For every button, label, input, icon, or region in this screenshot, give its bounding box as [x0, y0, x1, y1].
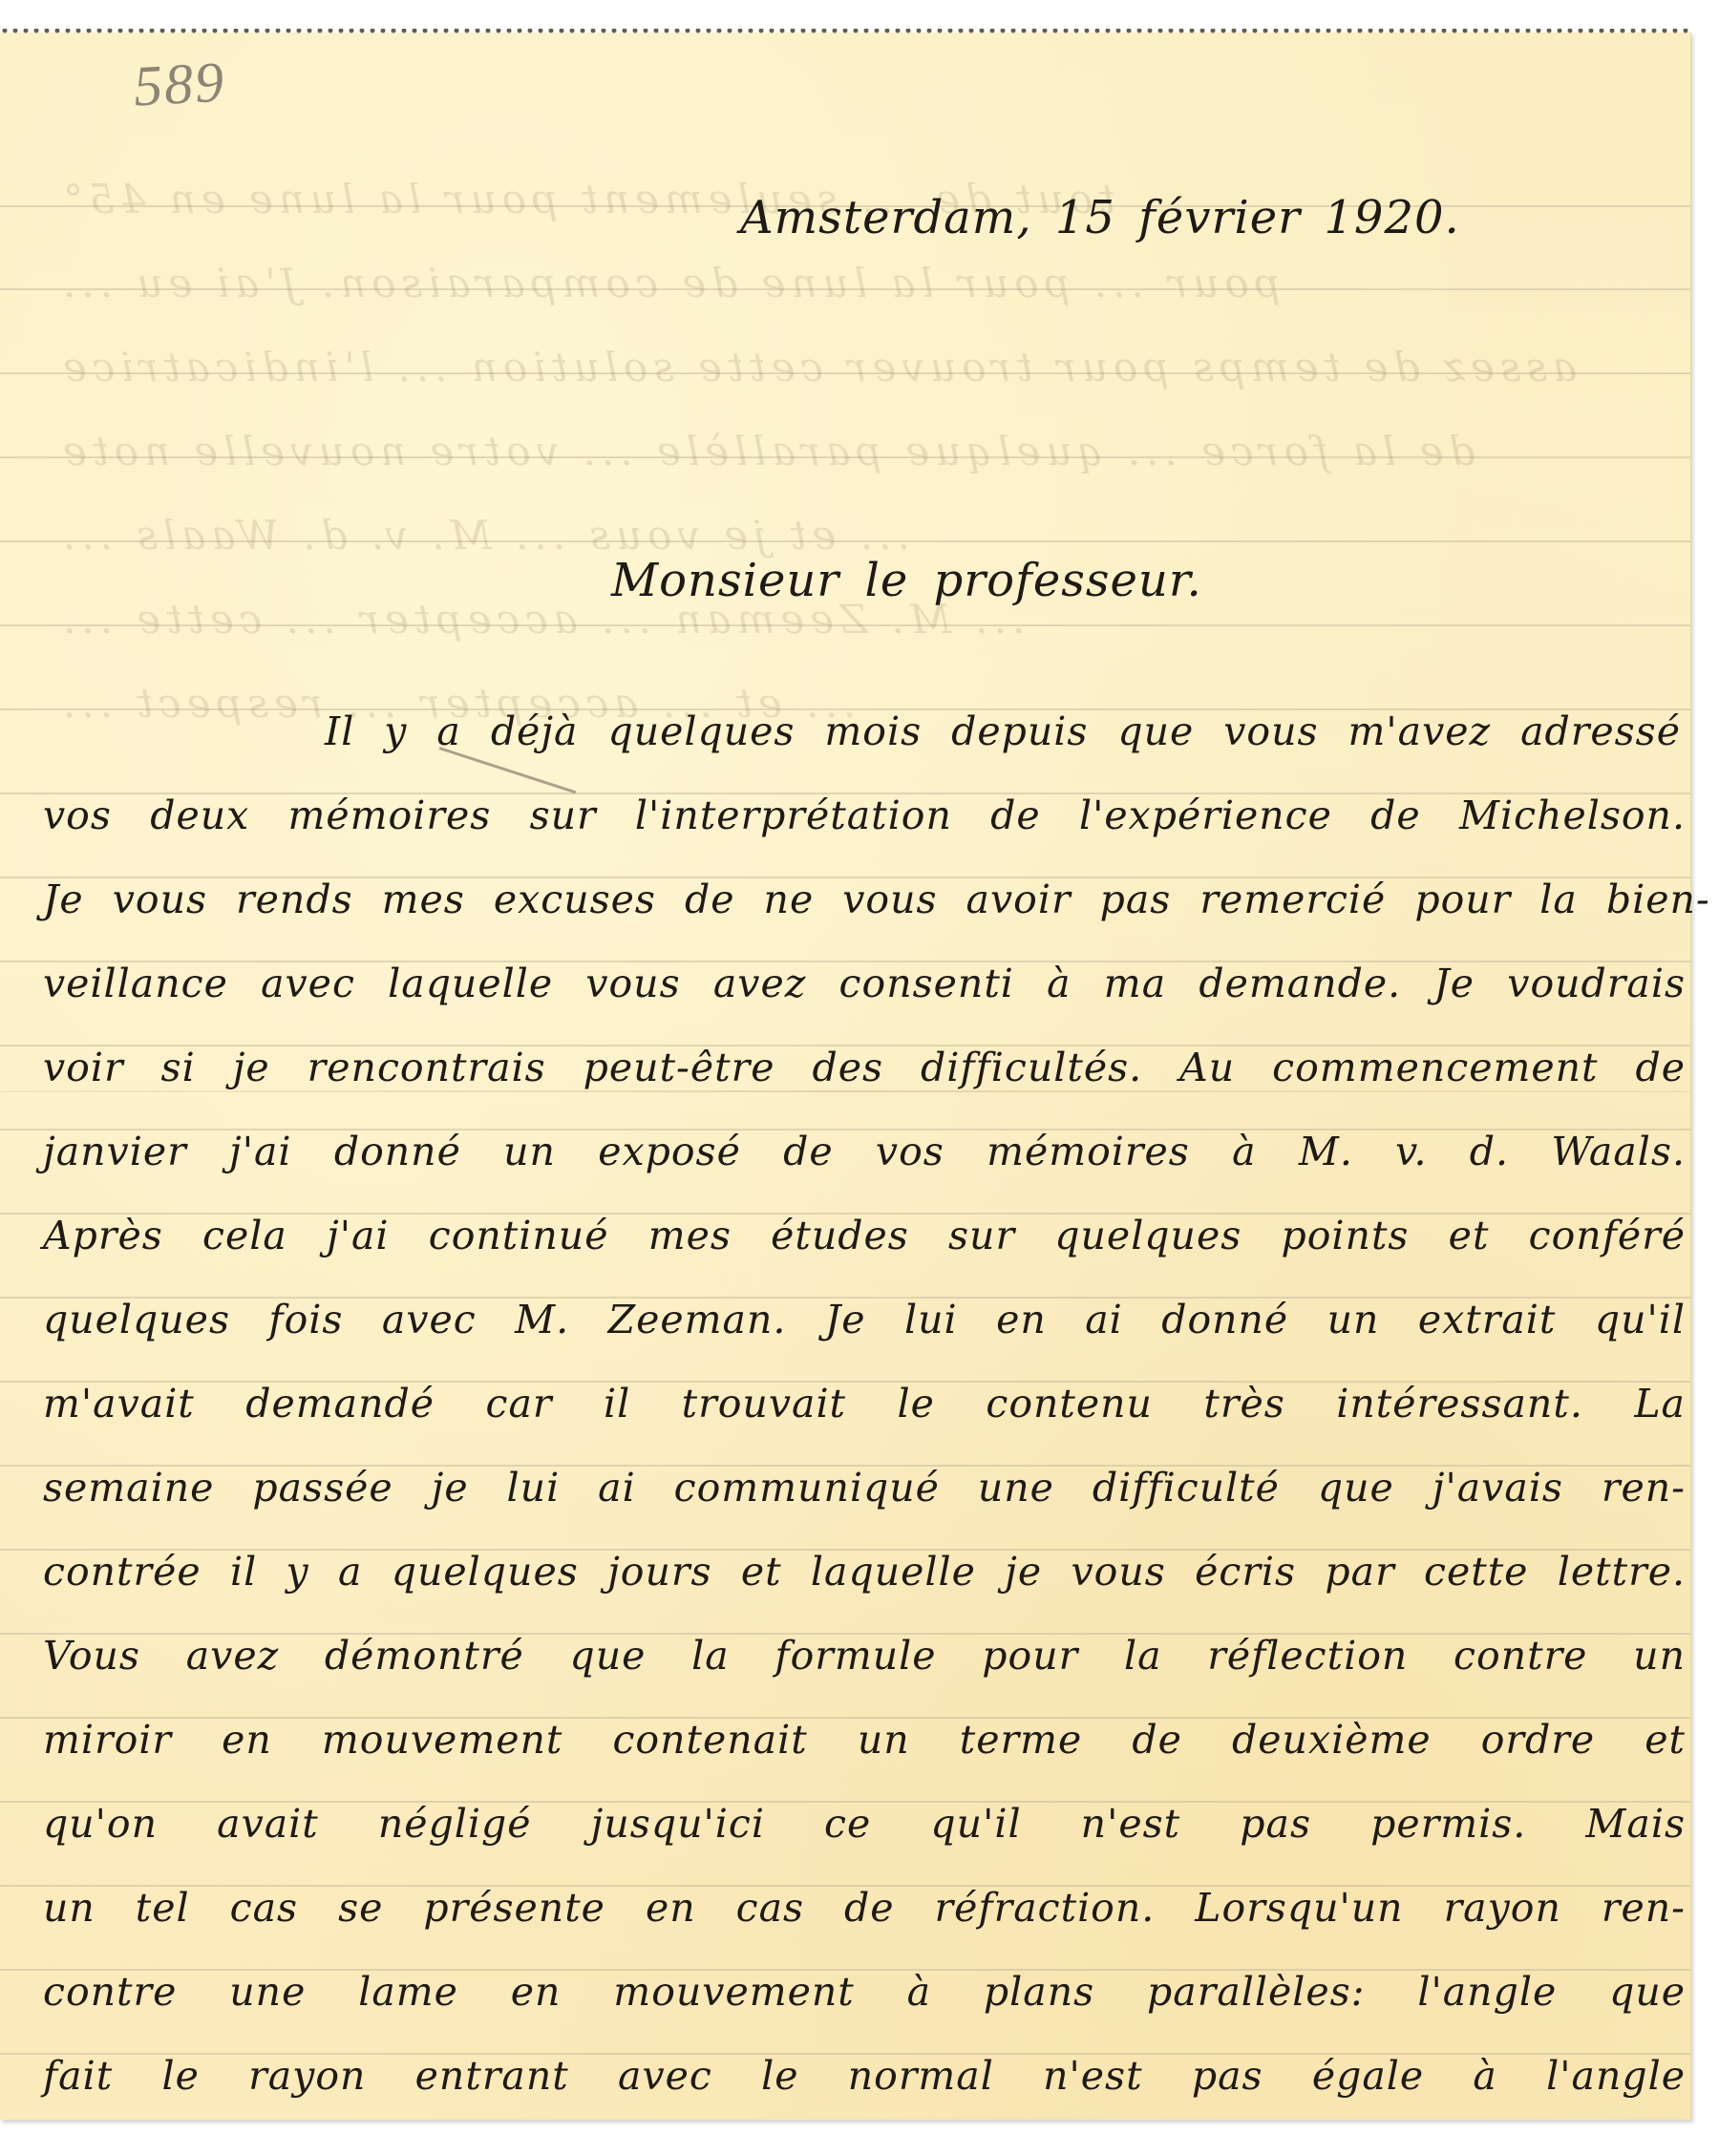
body-line: Après cela j'ai continué mes études sur …: [43, 1213, 1686, 1258]
perforated-edge: [0, 29, 1690, 36]
archive-number: 589: [132, 50, 226, 120]
body-line: Je vous rends mes excuses de ne vous avo…: [43, 877, 1686, 922]
body-line: un tel cas se présente en cas de réfract…: [43, 1885, 1686, 1931]
body-line: quelques fois avec M. Zeeman. Je lui en …: [43, 1297, 1686, 1342]
bleed-through-text: ... et je vous ... M. v. d. Waals ...: [57, 512, 910, 559]
letter-page: tout de ... seulement pour la lune en 45…: [0, 32, 1691, 2120]
body-line: miroir en mouvement contenait un terme d…: [43, 1717, 1686, 1763]
date-line: Amsterdam, 15 février 1920.: [740, 191, 1460, 244]
body-line: Il y a déjà quelques mois depuis que vou…: [325, 708, 1681, 754]
body-line: veillance avec laquelle vous avez consen…: [43, 961, 1686, 1006]
bleed-through-text: pour ... pour la lune de comparaison. J'…: [57, 260, 1281, 306]
body-line: vos deux mémoires sur l'interprétation d…: [43, 793, 1686, 838]
body-line: qu'on avait négligé jusqu'ici ce qu'il n…: [43, 1801, 1686, 1847]
body-line: m'avait demandé car il trouvait le conte…: [43, 1381, 1686, 1427]
bleed-through-text: assez de temps pour trouver cette soluti…: [57, 344, 1577, 391]
body-line: contrée il y a quelques jours et laquell…: [43, 1549, 1686, 1595]
bleed-through-text: de la force ... quelque parallèle ... vo…: [57, 428, 1475, 475]
body-line: semaine passée je lui ai communiqué une …: [43, 1465, 1686, 1511]
body-line: janvier j'ai donné un exposé de vos mémo…: [43, 1129, 1686, 1174]
fold-crease: [0, 1090, 1690, 1092]
body-line: voir si je rencontrais peut-être des dif…: [43, 1045, 1686, 1090]
body-line: contre une lame en mouvement à plans par…: [43, 1969, 1686, 2015]
body-line: Vous avez démontré que la formule pour l…: [43, 1633, 1686, 1679]
body-line: fait le rayon entrant avec le normal n'e…: [43, 2053, 1686, 2099]
salutation: Monsieur le professeur.: [611, 554, 1202, 607]
